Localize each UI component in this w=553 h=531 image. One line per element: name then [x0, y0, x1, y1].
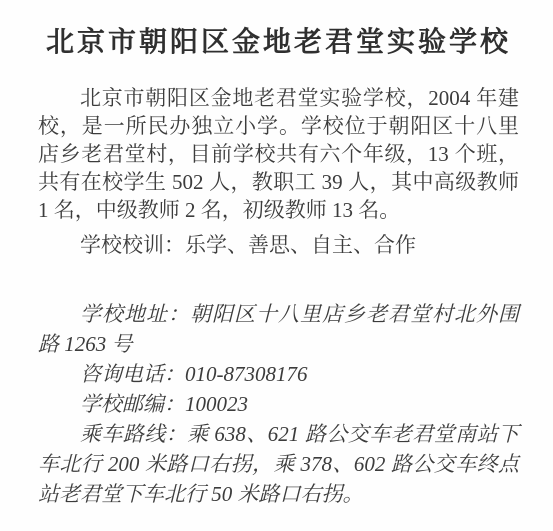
bus-route-label: 乘车路线：: [80, 422, 187, 446]
contact-section: 学校地址：朝阳区十八里店乡老君堂村北外围路 1263 号 咨询电话：010-87…: [38, 299, 519, 509]
document-title: 北京市朝阳区金地老君堂实验学校: [38, 26, 519, 58]
address-label: 学校地址：: [80, 302, 190, 326]
bus-route-line: 乘车路线：乘 638、621 路公交车老君堂南站下车北行 200 米路口右拐，乘…: [38, 419, 519, 509]
postcode-value: 100023: [185, 392, 248, 416]
phone-line: 咨询电话：010-87308176: [38, 359, 519, 389]
intro-paragraph: 北京市朝阳区金地老君堂实验学校，2004 年建校，是一所民办独立小学。学校位于朝…: [38, 84, 519, 224]
address-line: 学校地址：朝阳区十八里店乡老君堂村北外围路 1263 号: [38, 299, 519, 359]
postcode-line: 学校邮编：100023: [38, 389, 519, 419]
motto-line: 学校校训：乐学、善思、自主、合作: [38, 231, 519, 259]
phone-value: 010-87308176: [185, 362, 308, 386]
document-page: 北京市朝阳区金地老君堂实验学校 北京市朝阳区金地老君堂实验学校，2004 年建校…: [0, 0, 553, 531]
motto-value: 乐学、善思、自主、合作: [185, 233, 416, 257]
postcode-label: 学校邮编：: [80, 392, 185, 416]
motto-label: 学校校训：: [80, 233, 185, 257]
phone-label: 咨询电话：: [80, 362, 185, 386]
